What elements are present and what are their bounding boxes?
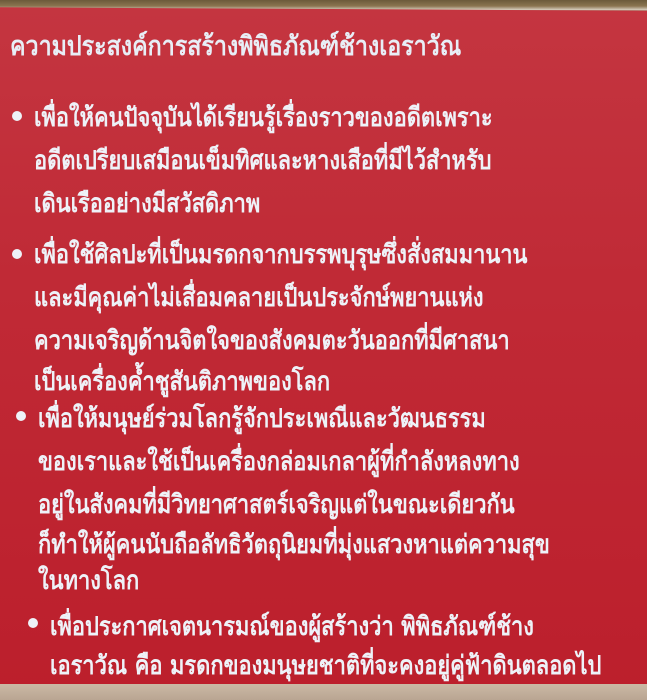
ground — [0, 684, 647, 700]
bullet-line: เพื่อประกาศเจตนารมณ์ของผู้สร้างว่า พิพิธ… — [50, 606, 534, 647]
bullet-line: เอราวัณ คือ มรดกของมนุษยชาติที่จะคงอยู่ค… — [50, 645, 601, 686]
bullet-line: เป็นเครื่องค้ำชูสันติภาพของโลก — [34, 361, 330, 402]
bullet-dot-icon — [12, 111, 22, 121]
bullet-line: ก็ทำให้ผู้คนนับถือลัทธิวัตถุนิยมที่มุ่งแ… — [38, 524, 550, 565]
bullet-line: ของเราและใช้เป็นเครื่องกล่อมเกลาผู้ที่กำ… — [38, 441, 520, 482]
bullet-line: อยู่ในสังคมที่มีวิทยาศาสตร์เจริญแต่ในขณะ… — [38, 484, 515, 525]
bullet-line: เพื่อใช้ศิลปะที่เป็นมรดกจากบรรพบุรุษซึ่ง… — [34, 234, 527, 275]
bullet-line: อดีตเปรียบเสมือนเข็มทิศและหางเสือที่มีไว… — [34, 140, 492, 181]
bullet-dot-icon — [28, 618, 38, 628]
bullet-line: เพื่อให้มนุษย์ร่วมโลกรู้จักประเพณีและวัฒ… — [38, 398, 486, 439]
bullet-line: เดินเรืออย่างมีสวัสดิภาพ — [34, 183, 260, 224]
bullet-dot-icon — [12, 249, 22, 259]
sign-title: ความประสงค์การสร้างพิพิธภัณฑ์ช้างเอราวัณ — [10, 24, 552, 67]
bullet-line: ความเจริญด้านจิตใจของสังคมตะวันออกที่มีศ… — [34, 320, 510, 361]
bullet-line: ในทางโลก — [38, 560, 139, 601]
bullet-line: และมีคุณค่าไม่เสื่อมคลายเป็นประจักษ์พยาน… — [34, 277, 484, 318]
bullet-dot-icon — [16, 411, 26, 421]
bullet-line: เพื่อให้คนปัจจุบันได้เรียนรู้เรื่องราวขอ… — [34, 97, 493, 138]
